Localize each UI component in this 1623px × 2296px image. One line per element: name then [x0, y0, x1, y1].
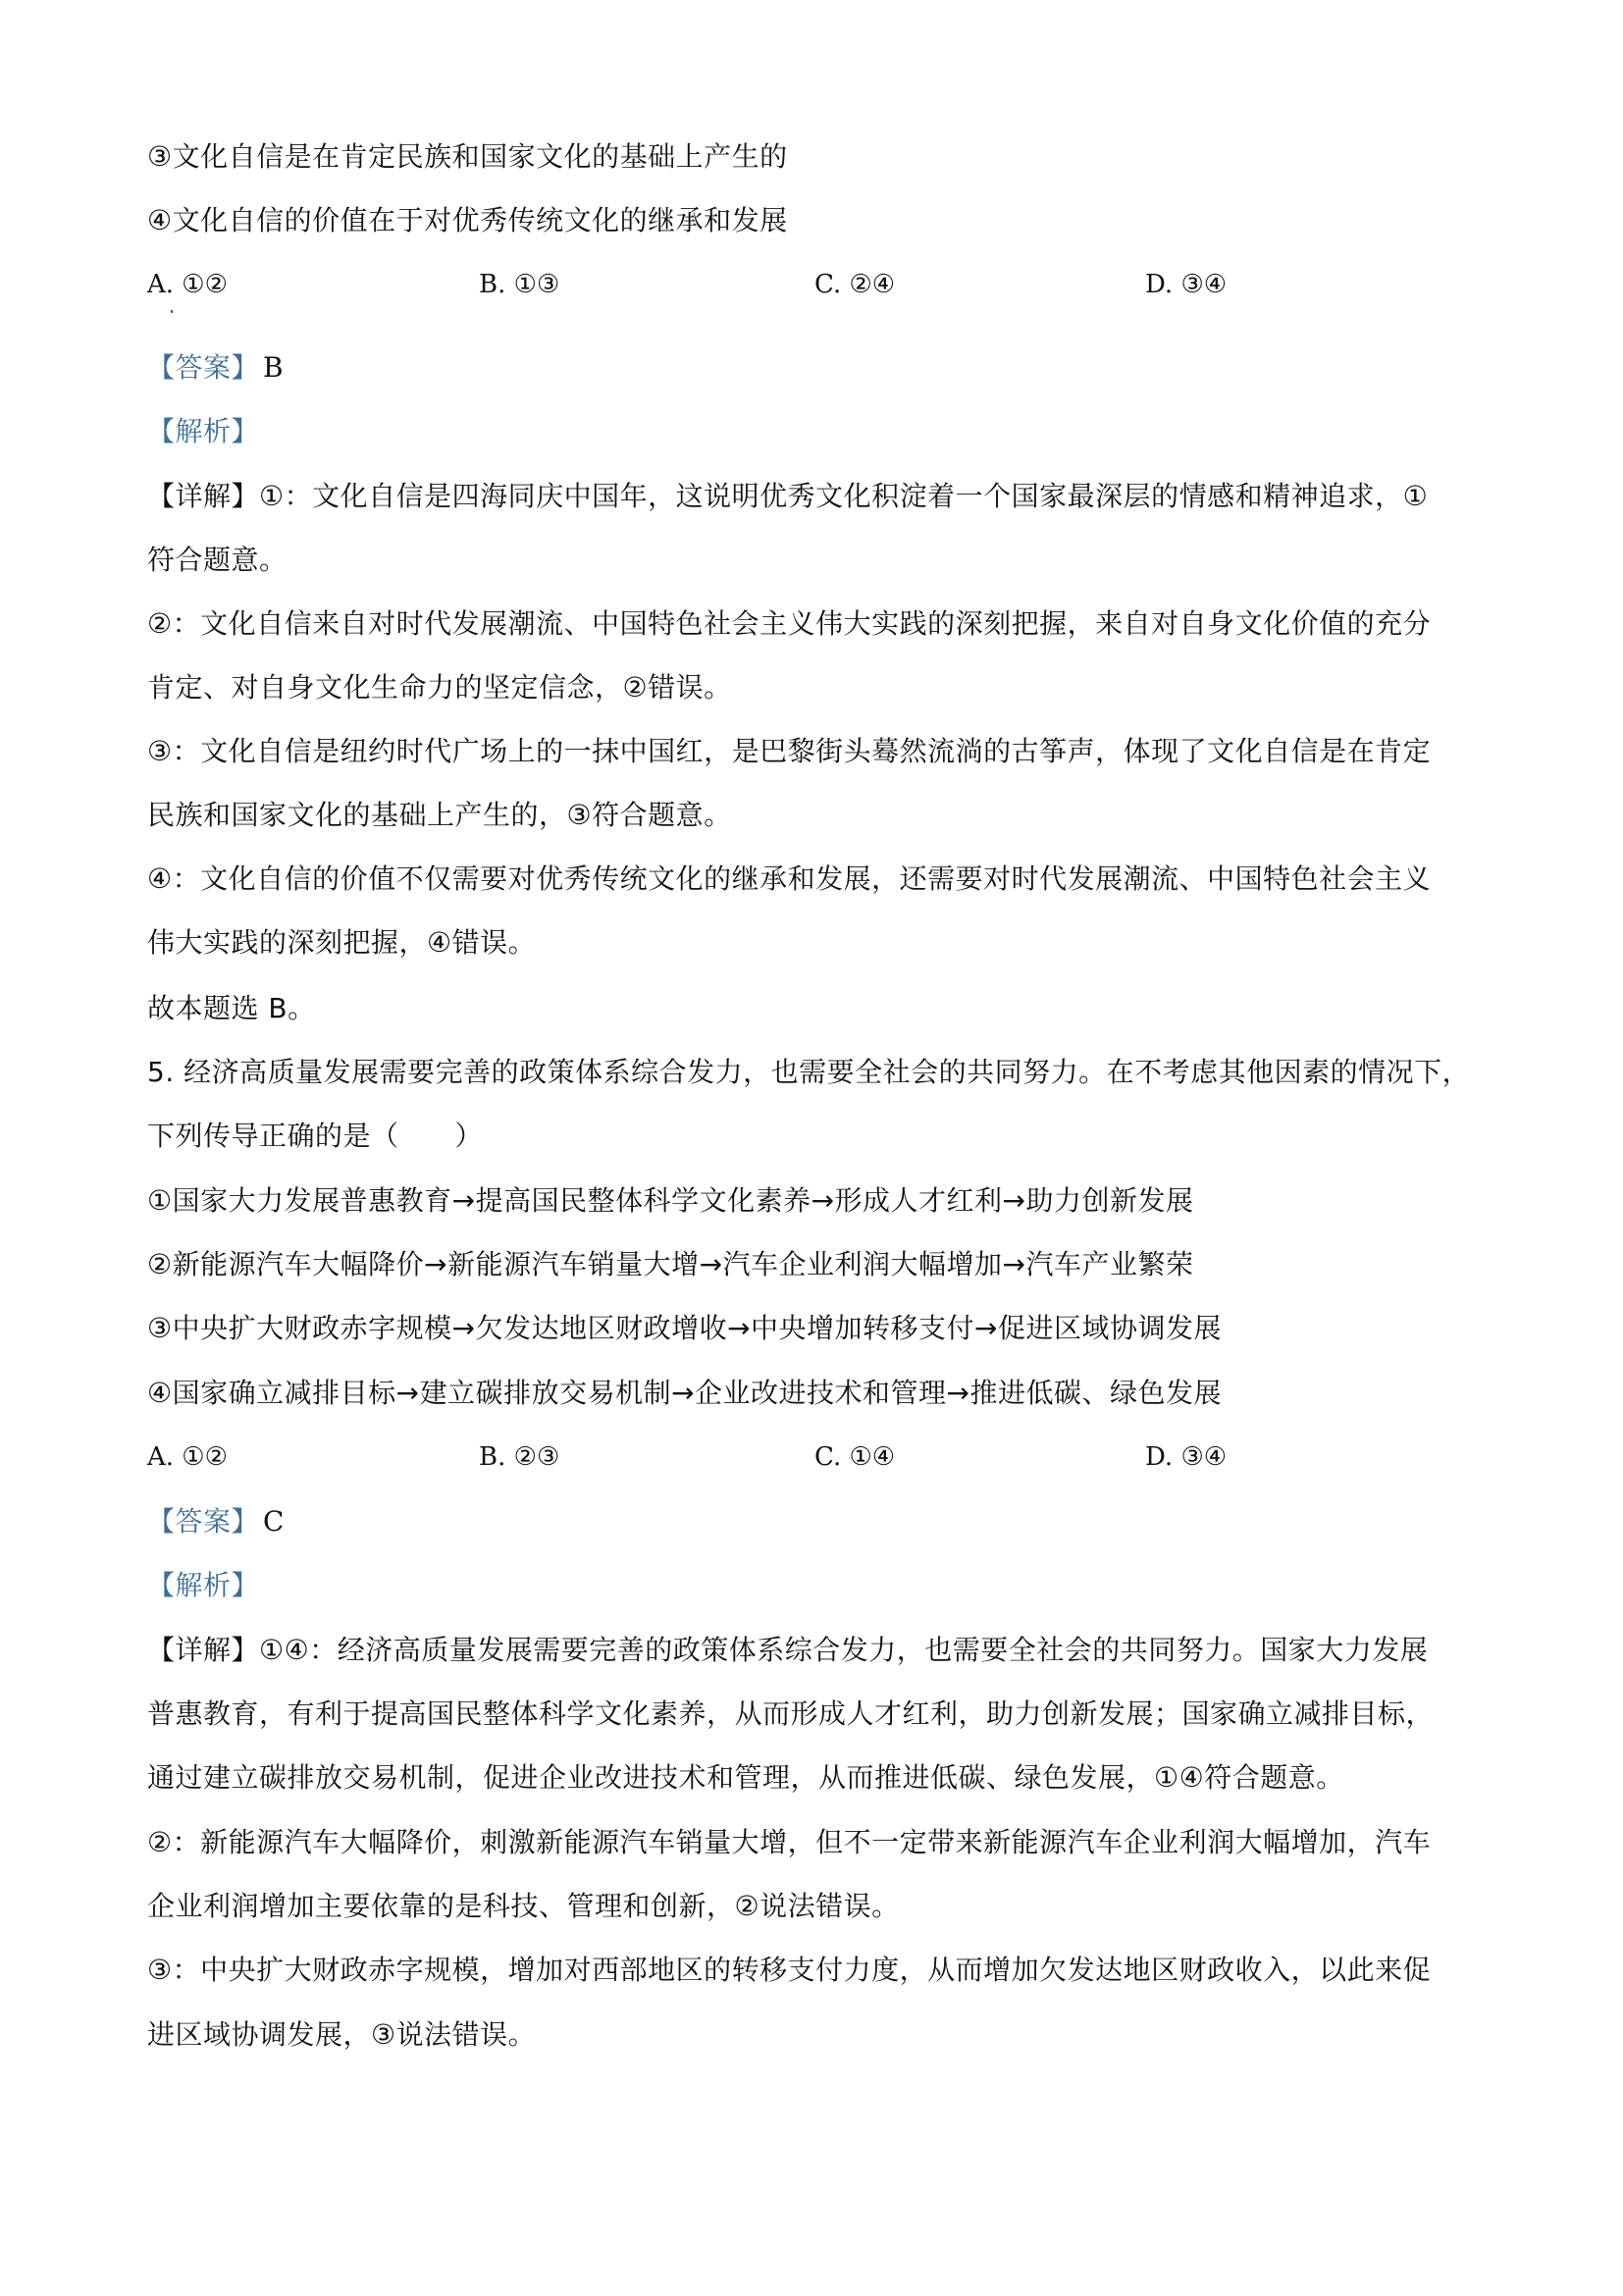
statement-3: ③文化自信是在肯定民族和国家文化的基础上产生的	[147, 139, 788, 175]
q5-detail-line: 进区域协调发展，③说法错误。	[147, 2017, 536, 2053]
answer-tag: 【答案】	[147, 351, 259, 384]
q5-detail-line: ②：新能源汽车大幅降价，刺激新能源汽车销量大增，但不一定带来新能源汽车企业利润大…	[147, 1825, 1431, 1860]
answer-value: B	[263, 351, 284, 384]
q4-detail-line: 【详解】①：文化自信是四海同庆中国年，这说明优秀文化积淀着一个国家最深层的情感和…	[147, 479, 1428, 514]
document-page: ③文化自信是在肯定民族和国家文化的基础上产生的 ④文化自信的价值在于对优秀传统文…	[0, 0, 1623, 2296]
q4-detail-line: 符合题意。	[147, 543, 288, 578]
stray-mark	[171, 310, 173, 313]
q4-detail-line: 伟大实践的深刻把握，④错误。	[147, 925, 536, 961]
q5-statement-2: ②新能源汽车大幅降价→新能源汽车销量大增→汽车企业利润大幅增加→汽车产业繁荣	[147, 1247, 1194, 1282]
option-b: B. ①③	[479, 267, 559, 302]
option-d: D. ③④	[1145, 267, 1227, 302]
q5-detail-line: 通过建立碳排放交易机制，促进企业改进技术和管理，从而推进低碳、绿色发展，①④符合…	[147, 1760, 1344, 1796]
option-b: B. ②③	[479, 1439, 559, 1475]
statement-4: ④文化自信的价值在于对优秀传统文化的继承和发展	[147, 203, 788, 238]
q4-conclusion: 故本题选 B。	[147, 991, 316, 1026]
q4-analysis-tag: 【解析】	[147, 414, 259, 449]
q4-detail-line: ③：文化自信是纽约时代广场上的一抹中国红，是巴黎街头蓦然流淌的古筝声，体现了文化…	[147, 734, 1431, 769]
option-c: C. ①④	[814, 1439, 895, 1475]
q4-detail-line: 民族和国家文化的基础上产生的，③符合题意。	[147, 798, 732, 833]
q5-detail-line: ③：中央扩大财政赤字规模，增加对西部地区的转移支付力度，从而增加欠发达地区财政收…	[147, 1953, 1431, 1988]
q4-answer: 【答案】B	[147, 350, 284, 386]
answer-tag: 【答案】	[147, 1505, 259, 1538]
q4-detail-line: ④：文化自信的价值不仅需要对优秀传统文化的继承和发展，还需要对时代发展潮流、中国…	[147, 861, 1431, 897]
q5-detail-line: 【详解】①④：经济高质量发展需要完善的政策体系综合发力，也需要全社会的共同努力。…	[147, 1633, 1428, 1668]
q4-detail-line: ②：文化自信来自对时代发展潮流、中国特色社会主义伟大实践的深刻把握，来自对自身文…	[147, 606, 1431, 642]
option-d: D. ③④	[1145, 1439, 1227, 1475]
q5-analysis-tag: 【解析】	[147, 1568, 259, 1603]
q5-detail-line: 普惠教育，有利于提高国民整体科学文化素养，从而形成人才红利，助力创新发展；国家确…	[147, 1696, 1434, 1732]
q5-stem: 下列传导正确的是（ ）	[147, 1119, 483, 1154]
option-a: A. ①②	[147, 267, 228, 302]
q5-detail-line: 企业利润增加主要依靠的是科技、管理和创新，②说法错误。	[147, 1889, 900, 1924]
q5-statement-3: ③中央扩大财政赤字规模→欠发达地区财政增收→中央增加转移支付→促进区域协调发展	[147, 1311, 1222, 1346]
q5-stem: 5. 经济高质量发展需要完善的政策体系综合发力，也需要全社会的共同努力。在不考虑…	[147, 1055, 1470, 1090]
q5-statement-1: ①国家大力发展普惠教育→提高国民整体科学文化素养→形成人才红利→助力创新发展	[147, 1183, 1194, 1219]
option-a: A. ①②	[147, 1439, 228, 1475]
option-c: C. ②④	[814, 267, 895, 302]
q5-statement-4: ④国家确立减排目标→建立碳排放交易机制→企业改进技术和管理→推进低碳、绿色发展	[147, 1376, 1222, 1411]
q5-answer: 【答案】C	[147, 1504, 285, 1539]
q4-detail-line: 肯定、对自身文化生命力的坚定信念，②错误。	[147, 670, 732, 705]
answer-value: C	[263, 1505, 285, 1538]
